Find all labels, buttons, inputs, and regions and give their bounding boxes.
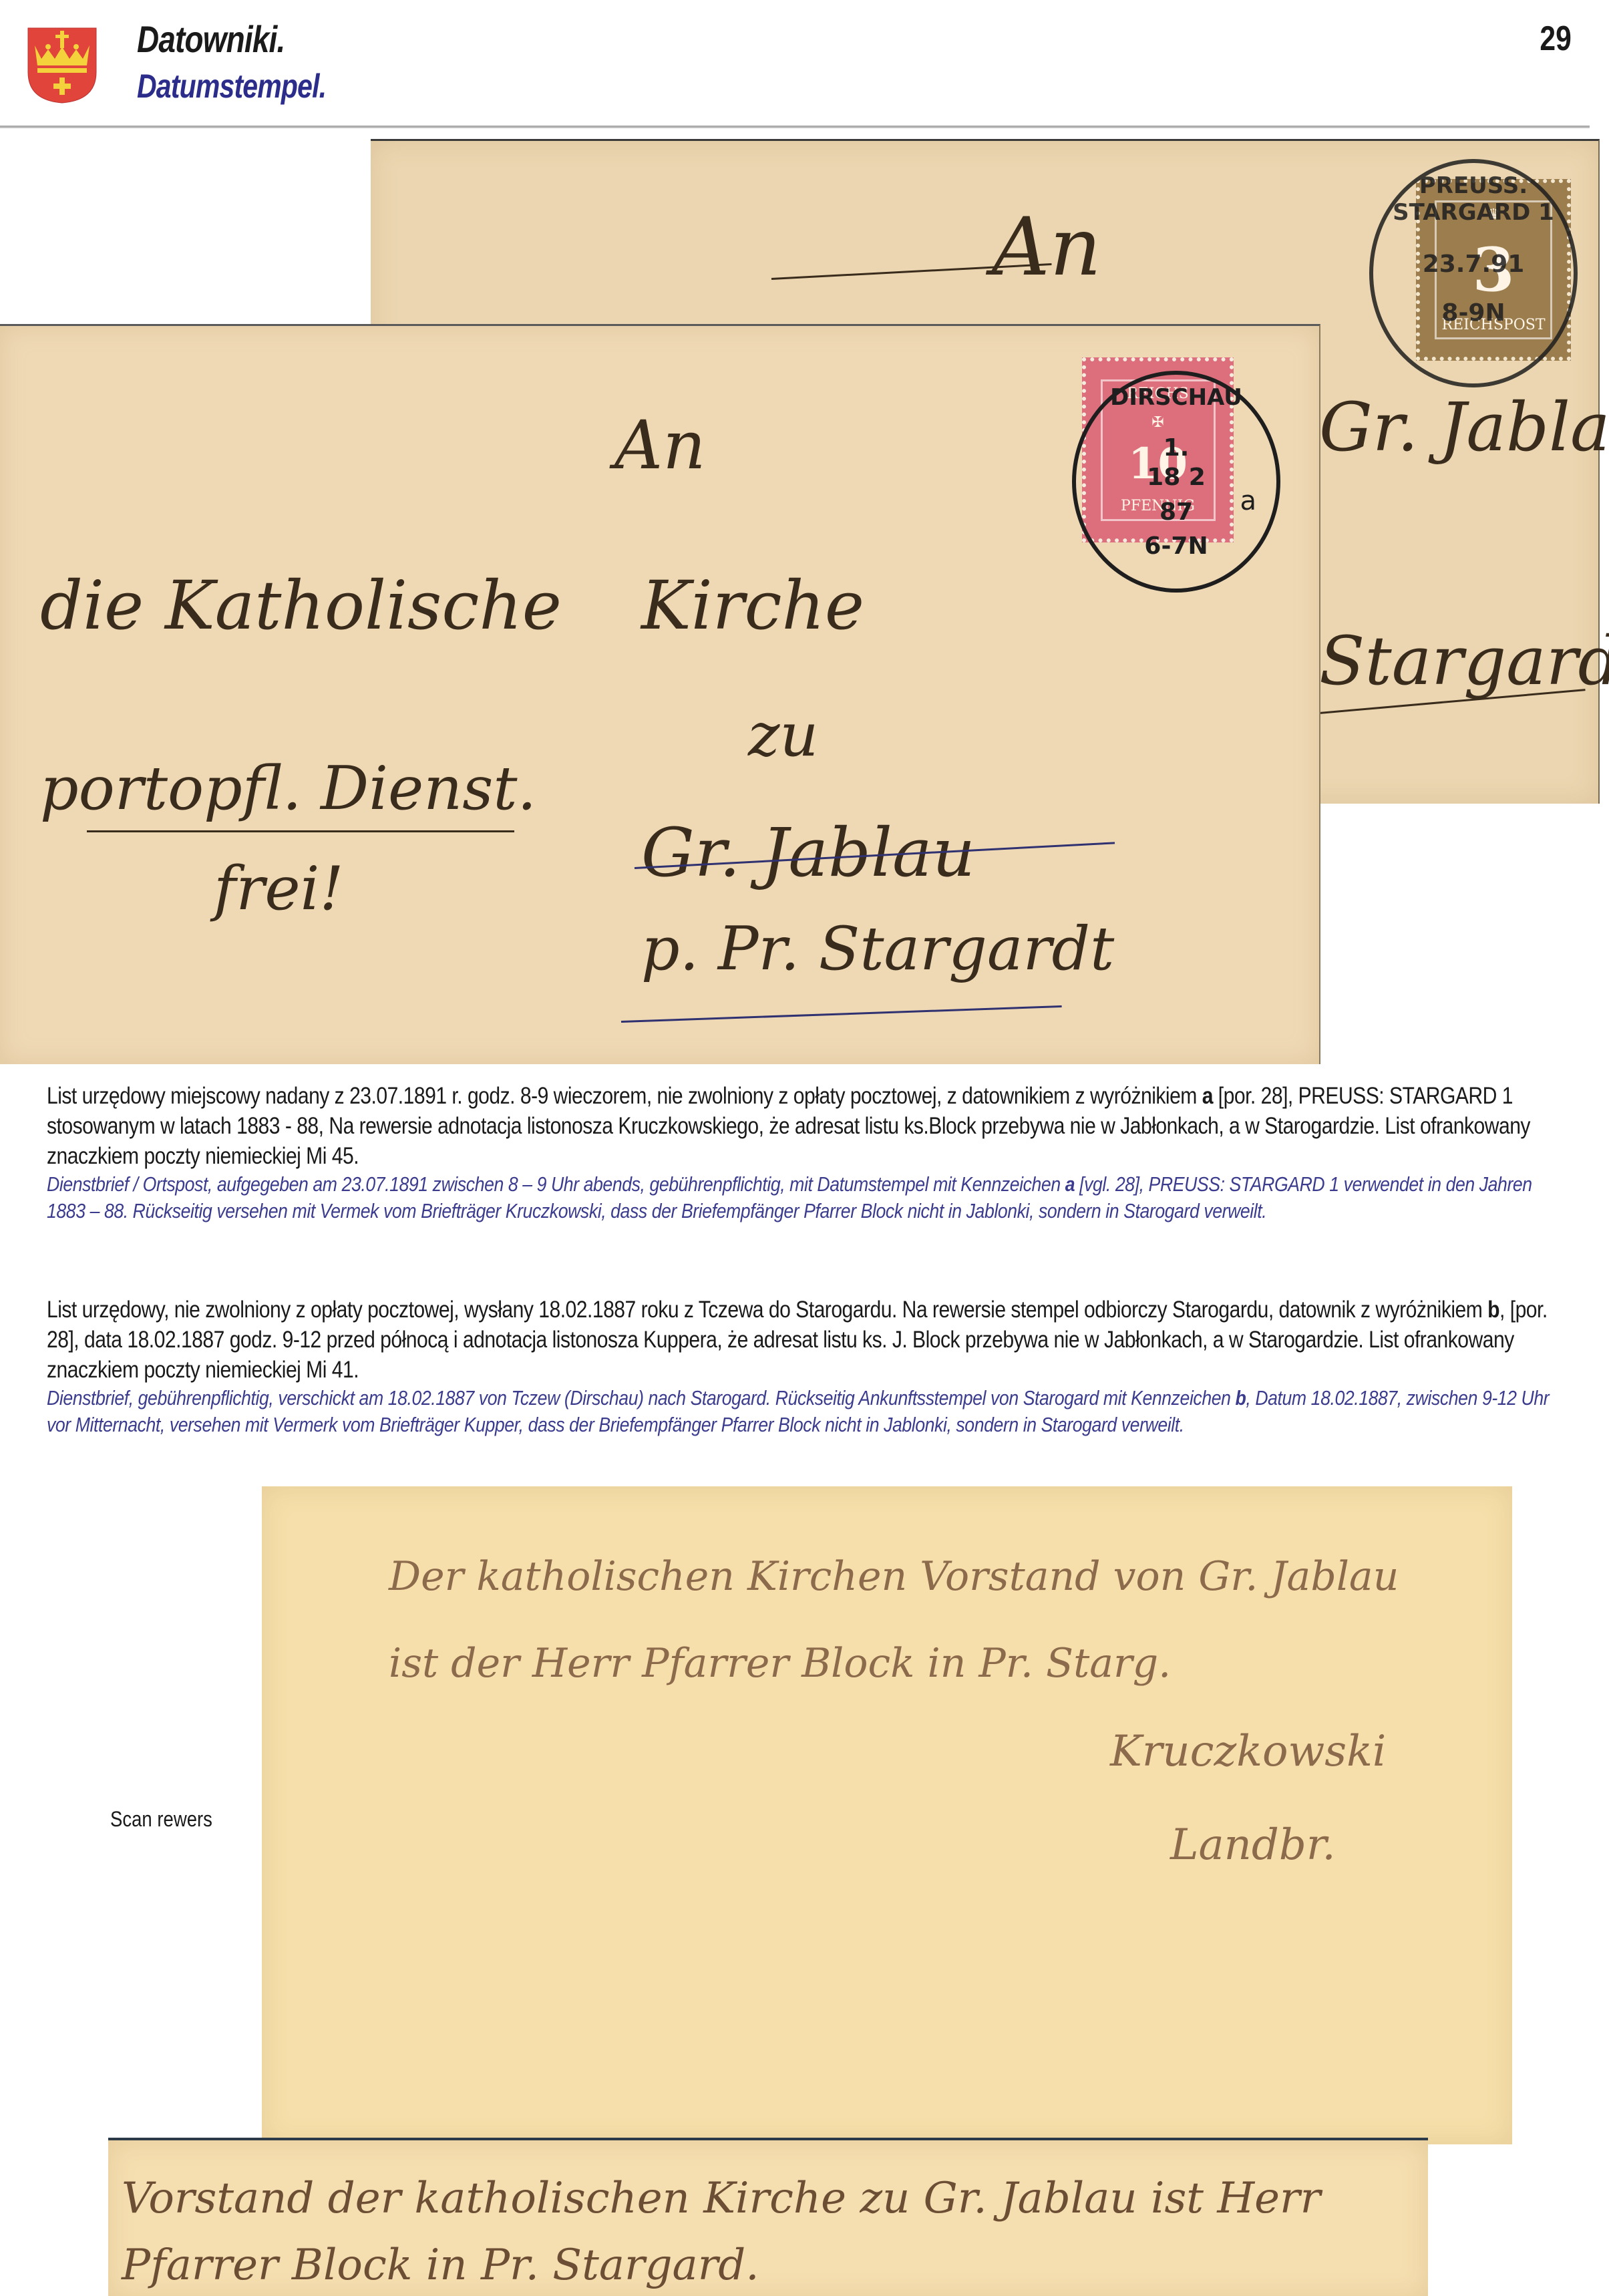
cover-1891-reverse-scan: Der katholischen Kirchen Vorstand von Gr… bbox=[262, 1486, 1512, 2144]
handwriting-an: An bbox=[992, 201, 1101, 294]
description-1887: List urzędowy, nie zwolniony z opłaty po… bbox=[47, 1295, 1563, 1438]
handwriting-note-line1: Der katholischen Kirchen Vorstand von Gr… bbox=[389, 1553, 1399, 1600]
postmark-preuss-stargard: PREUSS. STARGARD 1 23.7.91 8-9N bbox=[1369, 159, 1578, 387]
handwriting-an: An bbox=[614, 406, 706, 484]
handwriting-kirche: Kirche bbox=[641, 566, 864, 645]
handwriting-zu: zu bbox=[748, 700, 818, 770]
handwriting-note-line1: Vorstand der katholischen Kirche zu Gr. … bbox=[122, 2174, 1320, 2223]
blue-underline bbox=[621, 1005, 1062, 1023]
scan-reverse-label: Scan rewers bbox=[110, 1807, 212, 1832]
description-polish: List urzędowy miejscowy nadany z 23.07.1… bbox=[47, 1081, 1563, 1171]
description-1891: List urzędowy miejscowy nadany z 23.07.1… bbox=[47, 1081, 1563, 1224]
coat-of-arms-icon bbox=[25, 25, 99, 104]
description-polish: List urzędowy, nie zwolniony z opłaty po… bbox=[47, 1295, 1563, 1385]
description-german: Dienstbrief, gebührenpflichtig, verschic… bbox=[47, 1385, 1563, 1438]
handwriting-signature: Kruczkowski bbox=[1110, 1727, 1386, 1776]
handwriting-title: Landbr. bbox=[1170, 1820, 1336, 1870]
cover-1887-reverse-scan: Vorstand der katholischen Kirche zu Gr. … bbox=[108, 2138, 1428, 2296]
handwriting-underline bbox=[87, 830, 514, 832]
page-title: Datowniki. bbox=[137, 17, 285, 61]
handwriting-stargard: Stargard. bbox=[1319, 622, 1609, 700]
description-german: Dienstbrief / Ortspost, aufgegeben am 23… bbox=[47, 1171, 1563, 1224]
handwriting-jablau: Gr. Jablau bbox=[1319, 388, 1609, 466]
handwriting-portopfl-dienst: portopfl. Dienst. bbox=[40, 754, 536, 824]
header-divider bbox=[0, 126, 1590, 128]
handwriting-die-katholische: die Katholische bbox=[40, 566, 562, 645]
handwriting-note-line2: ist der Herr Pfarrer Block in Pr. Starg. bbox=[389, 1640, 1171, 1687]
page-subtitle: Datumstempel. bbox=[137, 67, 326, 106]
postmark-dirschau: DIRSCHAU 1. 18 2 87 6-7N a bbox=[1072, 371, 1280, 593]
page-number: 29 bbox=[1540, 19, 1572, 59]
handwriting-pr-stargardt: p. Pr. Stargardt bbox=[641, 914, 1114, 984]
handwriting-note-line2: Pfarrer Block in Pr. Stargard. bbox=[122, 2241, 759, 2290]
handwriting-frei: frei! bbox=[214, 854, 344, 924]
